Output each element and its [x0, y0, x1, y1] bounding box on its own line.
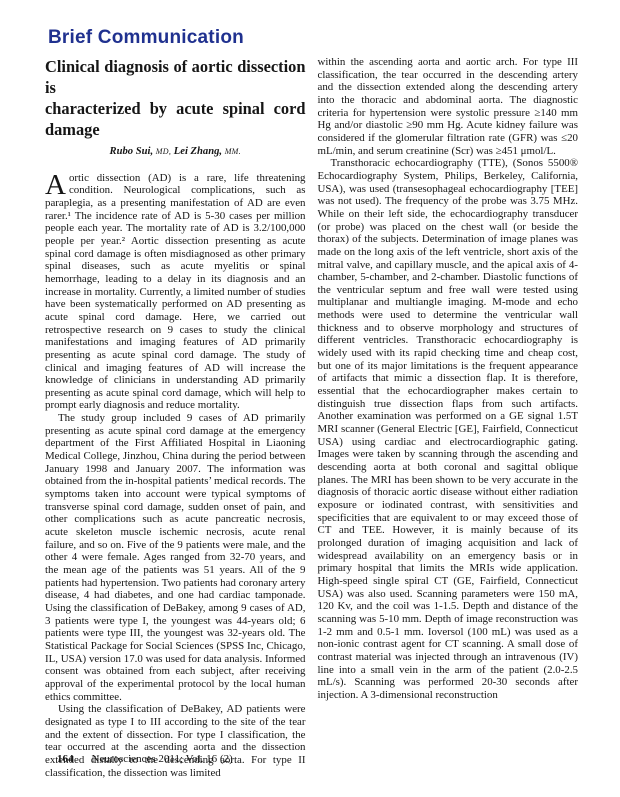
journal-info: Neurosciences 2011; Vol. 16 (2)	[92, 753, 233, 765]
section-heading: Brief Communication	[48, 27, 244, 49]
paragraph-classification: Using the classification of DeBakey, AD …	[45, 703, 306, 779]
page-footer: 164Neurosciences 2011; Vol. 16 (2)	[57, 752, 233, 766]
left-column: Clinical diagnosis of aortic dissection …	[45, 56, 306, 779]
article-title-line-1: Clinical diagnosis of aortic dissection …	[45, 56, 306, 98]
article-body: Clinical diagnosis of aortic dissection …	[45, 56, 578, 779]
author-byline: Rubo Sui, MD, Lei Zhang, MM.	[45, 146, 306, 159]
paragraph-intro-text: ortic dissection (AD) is a rare, life th…	[45, 172, 306, 412]
article-title-line-2: characterized by acute spinal cord damag…	[45, 98, 306, 140]
paragraph-study-group: The study group included 9 cases of AD p…	[45, 412, 306, 703]
author-degree-2: MM.	[225, 147, 241, 156]
drop-cap: A	[45, 172, 69, 197]
author-name-2: Lei Zhang,	[174, 146, 222, 157]
journal-page: Brief Communication Clinical diagnosis o…	[0, 0, 620, 797]
page-number: 164	[57, 753, 74, 765]
right-column: within the ascending aorta and aortic ar…	[318, 56, 579, 779]
paragraph-intro: Aortic dissection (AD) is a rare, life t…	[45, 172, 306, 412]
author-degree-1: MD,	[156, 147, 171, 156]
article-title: Clinical diagnosis of aortic dissection …	[45, 56, 306, 140]
author-name-1: Rubo Sui,	[110, 146, 154, 157]
paragraph-classification-continued: within the ascending aorta and aortic ar…	[318, 56, 579, 157]
paragraph-imaging-methods: Transthoracic echocardiography (TTE), (S…	[318, 157, 579, 701]
